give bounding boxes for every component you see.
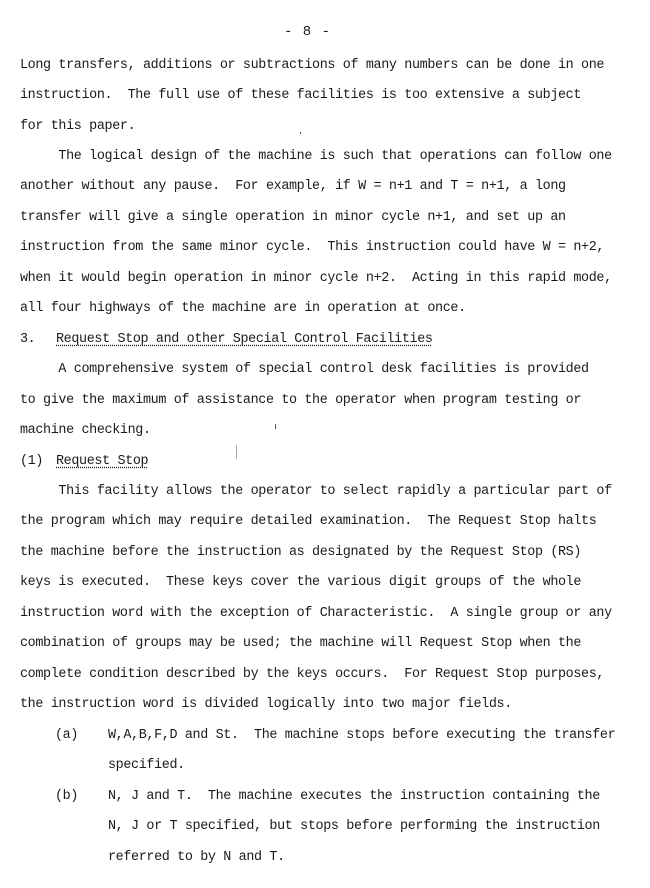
paragraph-line: instruction from the same minor cycle. T…	[20, 240, 604, 256]
paragraph-line: instruction. The full use of these facil…	[20, 88, 581, 104]
paragraph-line: This facility allows the operator to sel…	[20, 484, 612, 500]
document-page: - 8 - Long transfers, additions or subtr…	[0, 0, 650, 888]
list-item-line: W,A,B,F,D and St. The machine stops befo…	[108, 728, 615, 744]
paragraph-line: combination of groups may be used; the m…	[20, 636, 581, 652]
list-item-label: (a)	[55, 728, 78, 744]
paragraph-line: to give the maximum of assistance to the…	[20, 393, 581, 409]
paragraph-line: instruction word with the exception of C…	[20, 606, 612, 622]
paragraph-line: Long transfers, additions or subtraction…	[20, 58, 604, 74]
list-item-line: N, J or T specified, but stops before pe…	[108, 819, 600, 835]
paragraph-line: transfer will give a single operation in…	[20, 210, 566, 226]
list-item-line: N, J and T. The machine executes the ins…	[108, 789, 600, 805]
list-item-line: specified.	[108, 758, 185, 774]
list-item-line: referred to by N and T.	[108, 850, 285, 866]
paragraph-line: the program which may require detailed e…	[20, 514, 596, 530]
section-number: 3.	[20, 332, 35, 348]
list-item-label: (b)	[55, 789, 78, 805]
paragraph-line: A comprehensive system of special contro…	[20, 362, 589, 378]
paragraph-line: all four highways of the machine are in …	[20, 301, 466, 317]
paragraph-line: for this paper.	[20, 119, 135, 135]
paragraph-line: The logical design of the machine is suc…	[20, 149, 612, 165]
paragraph-line: machine checking.	[20, 423, 151, 439]
paragraph-line: when it would begin operation in minor c…	[20, 271, 612, 287]
page-number: - 8 -	[284, 24, 331, 40]
paragraph-line: complete condition described by the keys…	[20, 667, 604, 683]
scan-speck	[300, 132, 301, 134]
subsection-number: (1)	[20, 454, 43, 470]
subsection-heading: Request Stop	[56, 454, 148, 470]
paragraph-line: the instruction word is divided logicall…	[20, 697, 512, 713]
paragraph-line: another without any pause. For example, …	[20, 179, 566, 195]
section-heading: Request Stop and other Special Control F…	[56, 332, 433, 348]
scan-speck	[236, 445, 237, 459]
paragraph-line: the machine before the instruction as de…	[20, 545, 581, 561]
paragraph-line: keys is executed. These keys cover the v…	[20, 575, 581, 591]
scan-speck	[275, 424, 276, 429]
